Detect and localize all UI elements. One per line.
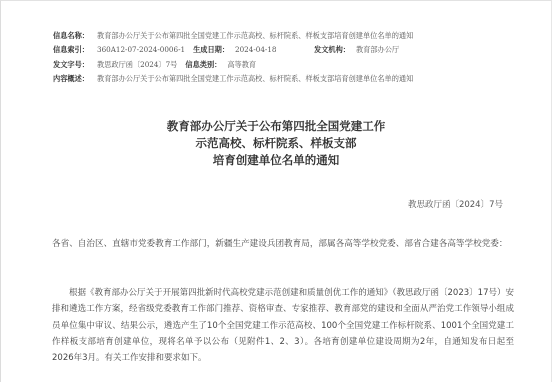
- meta-category-label: 信息类别：: [185, 60, 221, 69]
- salutation: 各省、自治区、直辖市党委教育工作部门，新疆生产建设兵团教育局，部属各高等学校党委…: [52, 235, 512, 253]
- meta-index-value: 360A12-07-2024-0006-1: [97, 45, 185, 54]
- meta-row-docno: 发文字号：教思政厅函〔2024〕7号信息类别：高等教育: [53, 58, 533, 72]
- meta-row-summary: 内容概述：教育部办公厅关于公布第四批全国党建工作示范高校、标杆院系、样板支部培育…: [53, 72, 533, 86]
- title-line-2: 示范高校、标杆院系、样板支部: [0, 135, 552, 152]
- meta-date-value: 2024-04-18: [235, 45, 276, 54]
- document-number: 教思政厅函〔2024〕7号: [408, 198, 503, 210]
- meta-category-value: 高等教育: [227, 60, 256, 69]
- document-title: 教育部办公厅关于公布第四批全国党建工作 示范高校、标杆院系、样板支部 培育创建单…: [0, 118, 552, 169]
- meta-summary-value: 教育部办公厅关于公布第四批全国党建工作示范高校、标杆院系、样板支部培育创建单位名…: [97, 74, 413, 83]
- meta-docno-value: 教思政厅函〔2024〕7号: [97, 60, 177, 69]
- title-line-1: 教育部办公厅关于公布第四批全国党建工作: [0, 118, 552, 135]
- meta-issuer-label: 发文机构：: [314, 45, 350, 54]
- meta-summary-label: 内容概述：: [53, 72, 97, 86]
- metadata-table: 信息名称：教育部办公厅关于公布第四批全国党建工作示范高校、标杆院系、样板支部培育…: [53, 29, 533, 86]
- meta-name-value: 教育部办公厅关于公布第四批全国党建工作示范高校、标杆院系、样板支部培育创建单位名…: [97, 31, 413, 40]
- meta-name-label: 信息名称：: [53, 29, 97, 43]
- meta-row-index: 信息索引：360A12-07-2024-0006-1生成日期：2024-04-1…: [53, 43, 533, 57]
- meta-date-label: 生成日期：: [193, 45, 229, 54]
- body-paragraph: 根据《教育部办公厅关于开展第四批新时代高校党建示范创建和质量创优工作的通知》（教…: [52, 285, 514, 366]
- meta-index-label: 信息索引：: [53, 43, 97, 57]
- meta-issuer-value: 教育部办公厅: [356, 45, 399, 54]
- meta-docno-label: 发文字号：: [53, 58, 97, 72]
- title-line-3: 培育创建单位名单的通知: [0, 152, 552, 169]
- meta-row-name: 信息名称：教育部办公厅关于公布第四批全国党建工作示范高校、标杆院系、样板支部培育…: [53, 29, 533, 43]
